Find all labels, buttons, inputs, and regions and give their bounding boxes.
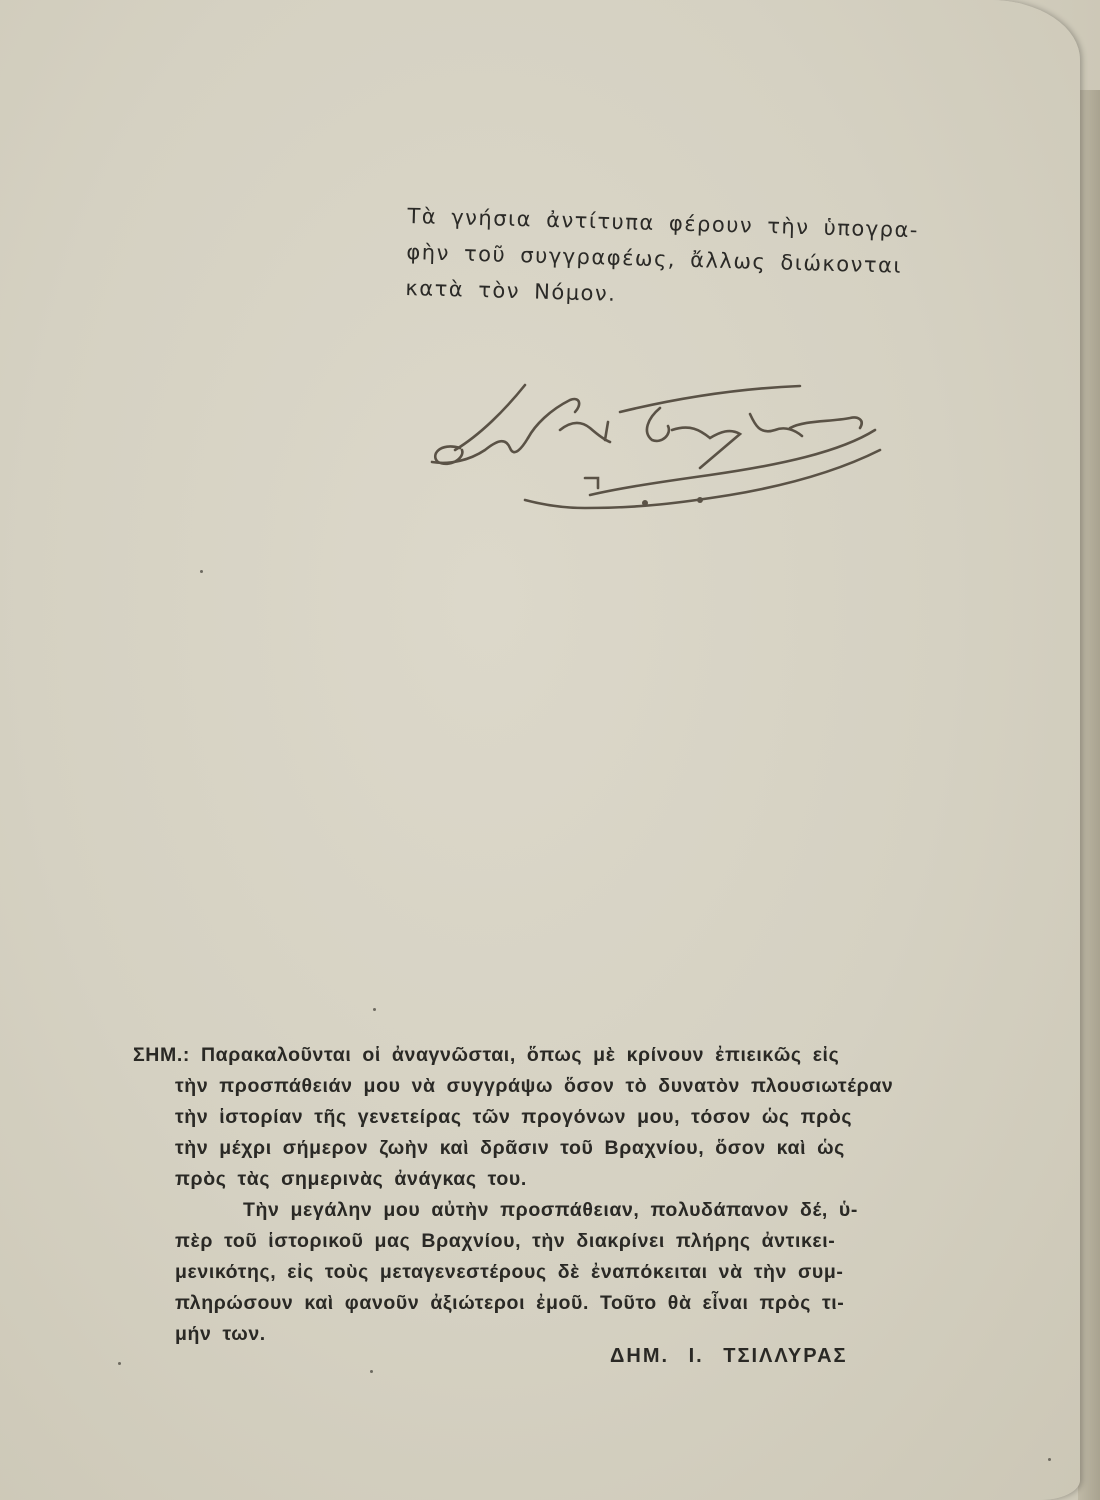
paper-speck [373, 1008, 376, 1011]
note-line: πὲρ τοῦ ἱστορικοῦ μας Βραχνίου, τὴν διακ… [133, 1226, 1033, 1257]
author-name: ΔΗΜ. Ι. ΤΣΙΛΛΥΡΑΣ [610, 1345, 848, 1368]
note-line: μενικότης, εἰς τοὺς μεταγενεστέρους δὲ ἐ… [133, 1257, 1033, 1288]
book-page-edge [1078, 90, 1100, 1500]
paper-speck [118, 1362, 121, 1365]
paper-speck [370, 1370, 373, 1373]
paper-speck [200, 570, 203, 573]
handwritten-signature [410, 370, 890, 530]
book-page: Τὰ γνήσια ἀντίτυπα φέρουν τὴν ὑπογρα- φὴ… [0, 0, 1080, 1500]
note-line: πληρώσουν καὶ φανοῦν ἀξιώτεροι ἐμοῦ. Τοῦ… [133, 1288, 1033, 1319]
note-line: τὴν προσπάθειάν μου νὰ συγγράψω ὅσον τὸ … [133, 1071, 1033, 1102]
paper-speck [1048, 1458, 1051, 1461]
note-line: πρὸς τὰς σημερινὰς ἀνάγκας του. [133, 1164, 1033, 1195]
note-line: ΣΗΜ.: Παρακαλοῦνται οἱ ἀναγνῶσται, ὅπως … [133, 1040, 1033, 1071]
note-line: τὴν μέχρι σήμερον ζωὴν καὶ δρᾶσιν τοῦ Βρ… [133, 1133, 1033, 1164]
author-note: ΣΗΜ.: Παρακαλοῦνται οἱ ἀναγνῶσται, ὅπως … [133, 1040, 1033, 1350]
note-line: μήν των. [133, 1319, 1033, 1350]
note-line: τὴν ἱστορίαν τῆς γενετείρας τῶν προγόνων… [133, 1102, 1033, 1133]
note-line: Τὴν μεγάλην μου αὐτὴν προσπάθειαν, πολυδ… [133, 1195, 1033, 1226]
copyright-notice: Τὰ γνήσια ἀντίτυπα φέρουν τὴν ὑπογρα- φὴ… [405, 198, 1048, 324]
